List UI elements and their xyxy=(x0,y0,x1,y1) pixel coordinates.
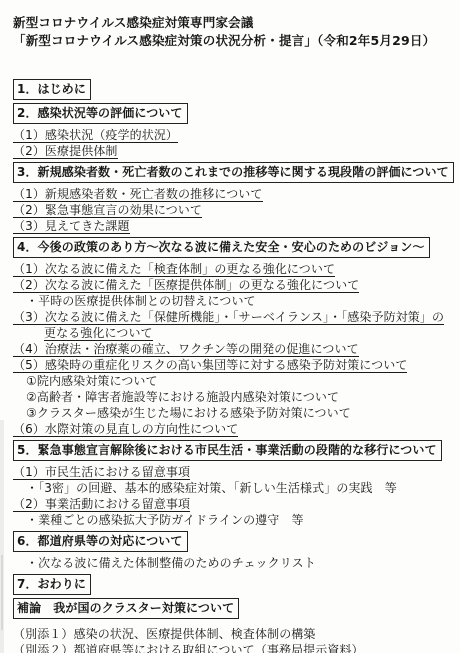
section-heading-box: 補論 我が国のクラスター対策について xyxy=(13,598,454,619)
toc-entry-text: ②高齢者・障害者施設等における施設内感染対策について xyxy=(26,390,339,404)
toc-entry-text: ・平時の医療提供体制との切替えについて xyxy=(26,294,256,308)
toc-entry-text: 2．感染状況等の評価について xyxy=(13,103,188,124)
toc-entry-text: 1．はじめに xyxy=(13,79,91,100)
toc-entry: （3）見えてきた課題 xyxy=(13,218,454,234)
toc-entry-text: （2）医療提供体制 xyxy=(13,144,118,159)
toc-entry-text: （6）水際対策の見直しの方向性について xyxy=(13,422,238,437)
toc-entry: ・「3密」の回避、基本的感染症対策、「新しい生活様式」の実践 等 xyxy=(13,480,454,496)
toc-entry: （2）緊急事態宣言の効果について xyxy=(13,202,454,218)
document-title-block: 新型コロナウイルス感染症対策専門家会議 「新型コロナウイルス感染症対策の状況分析… xyxy=(13,14,454,50)
toc-entry-text: （1）次なる波に備えた「検査体制」の更なる強化について xyxy=(13,262,335,277)
toc-entry-text: （3）見えてきた課題 xyxy=(13,219,130,234)
section-heading-box: 6．都道府県等の対応について xyxy=(13,531,454,552)
toc-entry-text: （別添１）感染の状況、医療提供体制、検査体制の構築 xyxy=(13,627,316,641)
toc-entry-text: 7．おわりに xyxy=(13,574,91,595)
toc-entry: ③クラスター感染が生じた場における感染予防対策について xyxy=(13,405,454,421)
toc-lines: 1．はじめに2．感染状況等の評価について（1）感染状況（疫学的状況）（2）医療提… xyxy=(13,79,454,653)
toc-entry: ②高齢者・障害者施設等における施設内感染対策について xyxy=(13,389,454,405)
toc-entry-text: （2）緊急事態宣言の効果について xyxy=(13,203,202,218)
toc-entry-text: 6．都道府県等の対応について xyxy=(13,531,188,552)
toc-entry-text: （3）次なる波に備えた「保健所機能」・「サーベイランス」・「感染予防対策」の xyxy=(13,310,444,325)
toc-entry-text: （別添２）都道府県等における取組について（事務局提示資料） xyxy=(13,643,364,653)
document-page: 新型コロナウイルス感染症対策専門家会議 「新型コロナウイルス感染症対策の状況分析… xyxy=(0,0,460,653)
document-title-line-2: 「新型コロナウイルス感染症対策の状況分析・提言」（令和2年5月29日） xyxy=(13,32,454,50)
toc-entry-text: ・業種ごとの感染拡大予防ガイドラインの遵守 等 xyxy=(26,513,304,527)
toc-entry: ・業種ごとの感染拡大予防ガイドラインの遵守 等 xyxy=(13,512,454,528)
section-heading-box: 4．今後の政策のあり方～次なる波に備えた安全・安心のためのビジョン～ xyxy=(13,237,454,258)
toc-entry: （6）水際対策の見直しの方向性について xyxy=(13,421,454,437)
toc-entry-text: 補論 我が国のクラスター対策について xyxy=(13,598,239,619)
section-heading-box: 2．感染状況等の評価について xyxy=(13,103,454,124)
toc-entry-text: ③クラスター感染が生じた場における感染予防対策について xyxy=(26,406,351,420)
toc-entry-text: （4）治療法・治療薬の確立、ワクチン等の開発の促進について xyxy=(13,342,359,357)
toc-entry: （別添２）都道府県等における取組について（事務局提示資料） xyxy=(13,642,454,653)
toc-entry: （4）治療法・治療薬の確立、ワクチン等の開発の促進について xyxy=(13,341,454,357)
toc-entry: 更なる強化について xyxy=(13,325,454,341)
section-heading-box: 7．おわりに xyxy=(13,574,454,595)
section-heading-box: 5．緊急事態宣言解除後における市民生活・事業活動の段階的な移行について xyxy=(13,440,454,461)
toc-entry-text: （1）新規感染者数・死亡者数の推移について xyxy=(13,187,263,202)
toc-entry: （1）次なる波に備えた「検査体制」の更なる強化について xyxy=(13,261,454,277)
toc-entry: （2）医療提供体制 xyxy=(13,143,454,159)
toc-entry-text: ①院内感染対策について xyxy=(26,374,158,388)
toc-entry: （3）次なる波に備えた「保健所機能」・「サーベイランス」・「感染予防対策」の xyxy=(13,309,454,325)
toc-entry: （2）次なる波に備えた「医療提供体制」の更なる強化について xyxy=(13,277,454,293)
toc-entry-text: 4．今後の政策のあり方～次なる波に備えた安全・安心のためのビジョン～ xyxy=(13,237,430,258)
document-title-line-1: 新型コロナウイルス感染症対策専門家会議 xyxy=(13,14,454,32)
toc-entry: （2）事業活動における留意事項 xyxy=(13,496,454,512)
toc-entry: （5）感染時の重症化リスクの高い集団等に対する感染予防対策について xyxy=(13,357,454,373)
toc-entry-text: （1）市民生活における留意事項 xyxy=(13,465,190,480)
toc-entry: ・次なる波に備えた体制整備のためのチェックリスト xyxy=(13,555,454,571)
toc-entry-text: 更なる強化について xyxy=(44,326,153,341)
toc-entry-text: （1）感染状況（疫学的状況） xyxy=(13,128,178,143)
toc-entry-text: （2）次なる波に備えた「医療提供体制」の更なる強化について xyxy=(13,278,359,293)
toc-entry-text: （2）事業活動における留意事項 xyxy=(13,497,190,512)
toc-entry: （1）感染状況（疫学的状況） xyxy=(13,127,454,143)
toc-entry-text: ・次なる波に備えた体制整備のためのチェックリスト xyxy=(26,556,316,570)
section-heading-box: 3．新規感染者数・死亡者数のこれまでの推移等に関する現段階の評価について xyxy=(13,162,454,183)
toc-entry: ①院内感染対策について xyxy=(13,373,454,389)
section-heading-box: 1．はじめに xyxy=(13,79,454,100)
toc-entry-text: 5．緊急事態宣言解除後における市民生活・事業活動の段階的な移行について xyxy=(13,440,442,461)
scan-artifact xyxy=(1,555,3,630)
toc-entry: （1）市民生活における留意事項 xyxy=(13,464,454,480)
toc-entry: （1）新規感染者数・死亡者数の推移について xyxy=(13,186,454,202)
toc-entry-text: （5）感染時の重症化リスクの高い集団等に対する感染予防対策について xyxy=(13,358,407,373)
toc-entry-text: 3．新規感染者数・死亡者数のこれまでの推移等に関する現段階の評価について xyxy=(13,162,454,183)
toc-entry: （別添１）感染の状況、医療提供体制、検査体制の構築 xyxy=(13,626,454,642)
toc-entry: ・平時の医療提供体制との切替えについて xyxy=(13,293,454,309)
toc-entry-text: ・「3密」の回避、基本的感染症対策、「新しい生活様式」の実践 等 xyxy=(26,481,397,495)
